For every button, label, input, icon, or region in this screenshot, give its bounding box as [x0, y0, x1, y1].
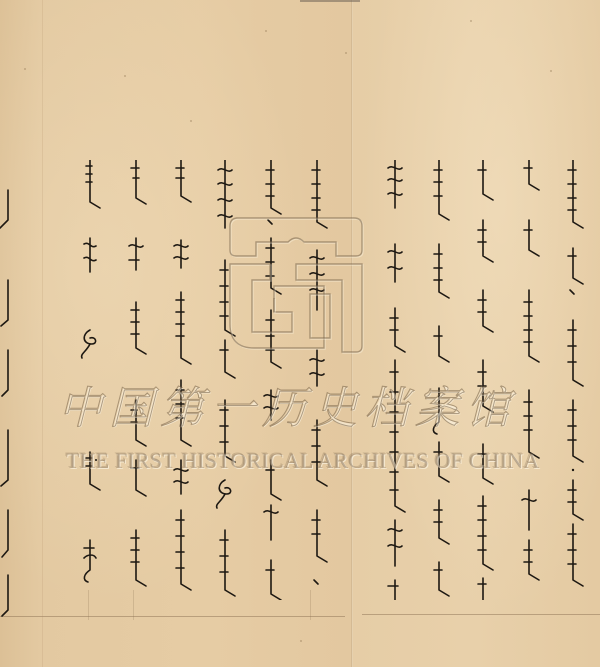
ruled-line-bottom-left	[0, 616, 345, 617]
ruled-line-bottom-right	[362, 614, 600, 615]
script-column-12	[558, 160, 588, 600]
paper-speck	[345, 52, 347, 54]
watermark-chinese-text: 中国第一历史档案馆	[58, 372, 548, 436]
paper-speck	[470, 20, 472, 22]
paper-speck	[190, 120, 192, 122]
watermark-english-text: THE FIRST HISTORICAL ARCHIVES OF CHINA	[66, 448, 546, 474]
archives-seal-logo-icon	[222, 210, 370, 356]
paper-speck	[300, 640, 302, 642]
script-column-1	[0, 180, 16, 620]
paper-speck	[24, 68, 26, 70]
paper-speck	[124, 75, 126, 77]
paper-speck	[265, 30, 267, 32]
paper-fold-line	[42, 0, 43, 667]
top-edge-shadow	[300, 0, 360, 2]
paper-speck	[550, 70, 552, 72]
